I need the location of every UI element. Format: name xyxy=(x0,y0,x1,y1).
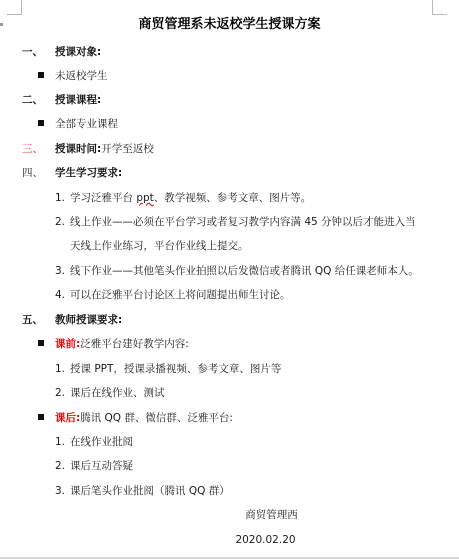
section-number: 四、 xyxy=(22,166,43,180)
signature: 商贸管理西 xyxy=(42,508,459,522)
section-heading: 学生学习要求: xyxy=(55,166,122,180)
section-number: 三、 xyxy=(22,142,43,156)
section-heading: 授课时间: xyxy=(55,143,101,155)
list-item-text: 授课 PPT，授课录播视频、参考文章、图片等 xyxy=(70,362,281,376)
list-item-text: 课后互动答疑 xyxy=(70,459,133,473)
section-number: 一、 xyxy=(22,45,43,59)
list-number: 1. xyxy=(55,435,65,449)
section-number: 五、 xyxy=(22,313,43,327)
section-heading: 授课课程: xyxy=(55,93,101,107)
section-heading: 授课对象: xyxy=(55,45,101,59)
square-bullet-icon xyxy=(38,340,44,346)
document-title: 商贸管理系未返校学生授课方案 xyxy=(0,18,459,32)
list-item-text: 学习泛雅平台 ppt、教学视频、参考文章、图片等。 xyxy=(70,191,311,205)
list-number: 1. xyxy=(55,362,65,376)
group-label: 课前: xyxy=(55,338,80,350)
list-item-text-continuation: 天线上作业练习，平台作业线上提交。 xyxy=(70,239,249,253)
group-text: 泛雅平台建好教学内容: xyxy=(80,338,189,350)
square-bullet-icon xyxy=(38,72,44,78)
square-bullet-icon xyxy=(38,120,44,126)
list-item-text: 课后笔头作业批阅（腾讯 QQ 群） xyxy=(70,484,230,498)
bullet-text: 未返校学生 xyxy=(55,69,108,83)
list-number: 2. xyxy=(55,459,65,473)
square-bullet-icon xyxy=(38,414,44,420)
list-item-text-part: 学习泛雅平台 xyxy=(70,192,136,204)
list-number: 2. xyxy=(55,215,65,229)
section-heading: 教师授课要求: xyxy=(55,313,122,327)
page-corner-mark-right xyxy=(432,0,447,15)
list-number: 4. xyxy=(55,288,65,302)
list-item-text: 可以在泛雅平台讨论区上将问题提出师生讨论。 xyxy=(70,288,291,302)
section-inline-text: 开学至返校 xyxy=(101,143,154,155)
spellcheck-flagged-word: ppt xyxy=(136,192,153,204)
group-label: 课后: xyxy=(55,412,80,424)
group-line: 课前:泛雅平台建好教学内容: xyxy=(55,337,189,351)
list-item-text: 在线作业批阅 xyxy=(70,435,133,449)
document-date: 2020.02.20 xyxy=(36,533,459,547)
list-item-text: 线下作业——其他笔头作业拍照以后发微信或者腾讯 QQ 给任课老师本人。 xyxy=(70,264,419,278)
group-line: 课后:腾讯 QQ 群、微信群、泛雅平台: xyxy=(55,411,233,425)
page-bottom-edge xyxy=(0,557,459,559)
page-corner-mark-left xyxy=(7,0,22,15)
group-text: 腾讯 QQ 群、微信群、泛雅平台: xyxy=(80,412,233,424)
list-number: 3. xyxy=(55,484,65,498)
list-item-text-part: 、教学视频、参考文章、图片等。 xyxy=(154,192,312,204)
bullet-text: 全部专业课程 xyxy=(55,117,118,131)
list-item-text: 课后在线作业、测试 xyxy=(70,386,165,400)
list-number: 3. xyxy=(55,264,65,278)
list-number: 1. xyxy=(55,191,65,205)
list-item-text: 线上作业——必须在平台学习或者复习教学内容满 45 分钟以后才能进入当 xyxy=(70,215,416,229)
section-heading-line: 授课时间:开学至返校 xyxy=(55,142,154,156)
section-number: 二、 xyxy=(22,93,43,107)
list-number: 2. xyxy=(55,386,65,400)
